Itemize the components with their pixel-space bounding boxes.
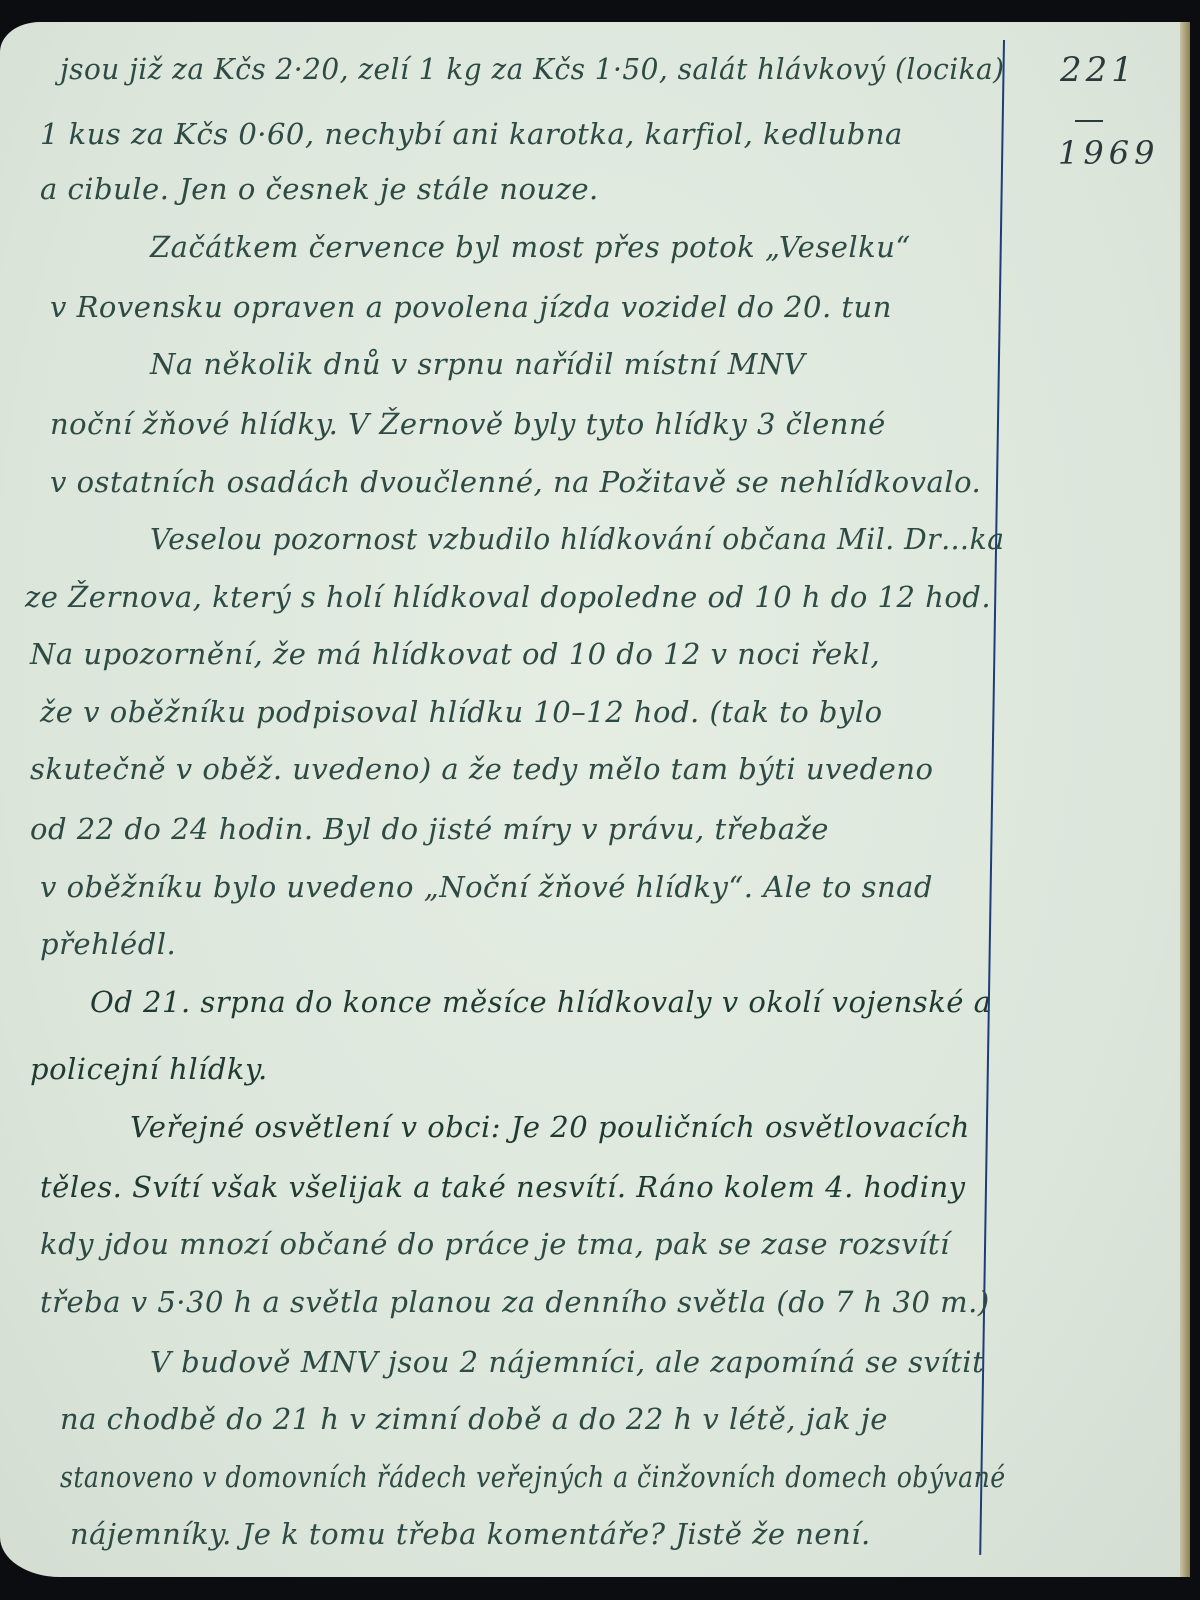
text-line: těles. Svítí však všelijak a také nesvít… [40,1170,966,1204]
text-line: přehlédl. [40,927,176,961]
text-line: Od 21. srpna do konce měsíce hlídkovaly … [90,985,991,1019]
text-line: policejní hlídky. [30,1052,268,1086]
text-line: v ostatních osadách dvoučlenné, na Požit… [50,465,981,499]
page-number-divider [1075,120,1103,122]
text-line: Veřejné osvětlení v obci: Je 20 pouliční… [130,1110,970,1144]
notebook-page: 221 1969 jsou již za Kčs 2·20, zelí 1 kg… [0,22,1190,1577]
text-line: stanoveno v domovních řádech veřejných a… [60,1460,1006,1494]
text-line: ze Žernova, který s holí hlídkoval dopol… [25,580,991,614]
text-line: noční žňové hlídky. V Žernově byly tyto … [50,407,886,441]
text-line: jsou již za Kčs 2·20, zelí 1 kg za Kčs 1… [60,52,1005,86]
text-line: V budově MNV jsou 2 nájemníci, ale zapom… [150,1345,984,1379]
text-line: skutečně v oběž. uvedeno) a že tedy mělo… [30,752,933,786]
text-line: 1 kus za Kčs 0·60, nechybí ani karotka, … [40,117,903,151]
text-line: a cibule. Jen o česnek je stále nouze. [40,172,599,206]
text-line: Začátkem července byl most přes potok „V… [150,230,911,264]
text-line: kdy jdou mnozí občané do práce je tma, p… [40,1227,950,1261]
text-line: od 22 do 24 hodin. Byl do jisté míry v p… [30,812,829,846]
text-line: třeba v 5·30 h a světla planou za denníh… [40,1285,990,1319]
page-year: 1969 [1058,134,1159,172]
text-line: nájemníky. Je k tomu třeba komentáře? Ji… [70,1517,871,1551]
text-line: v Rovensku opraven a povolena jízda vozi… [50,290,892,324]
text-line: na chodbě do 21 h v zimní době a do 22 h… [60,1402,888,1436]
page-number: 221 [1060,50,1137,90]
margin-line [979,40,1005,1555]
text-line: Na několik dnů v srpnu nařídil místní MN… [150,347,805,381]
text-line: že v oběžníku podpisoval hlídku 10–12 ho… [40,695,883,729]
text-line: Na upozornění, že má hlídkovat od 10 do … [30,637,880,671]
page-edge [1180,22,1190,1577]
text-line: Veselou pozornost vzbudilo hlídkování ob… [150,522,1004,556]
text-line: v oběžníku bylo uvedeno „Noční žňové hlí… [40,870,933,904]
